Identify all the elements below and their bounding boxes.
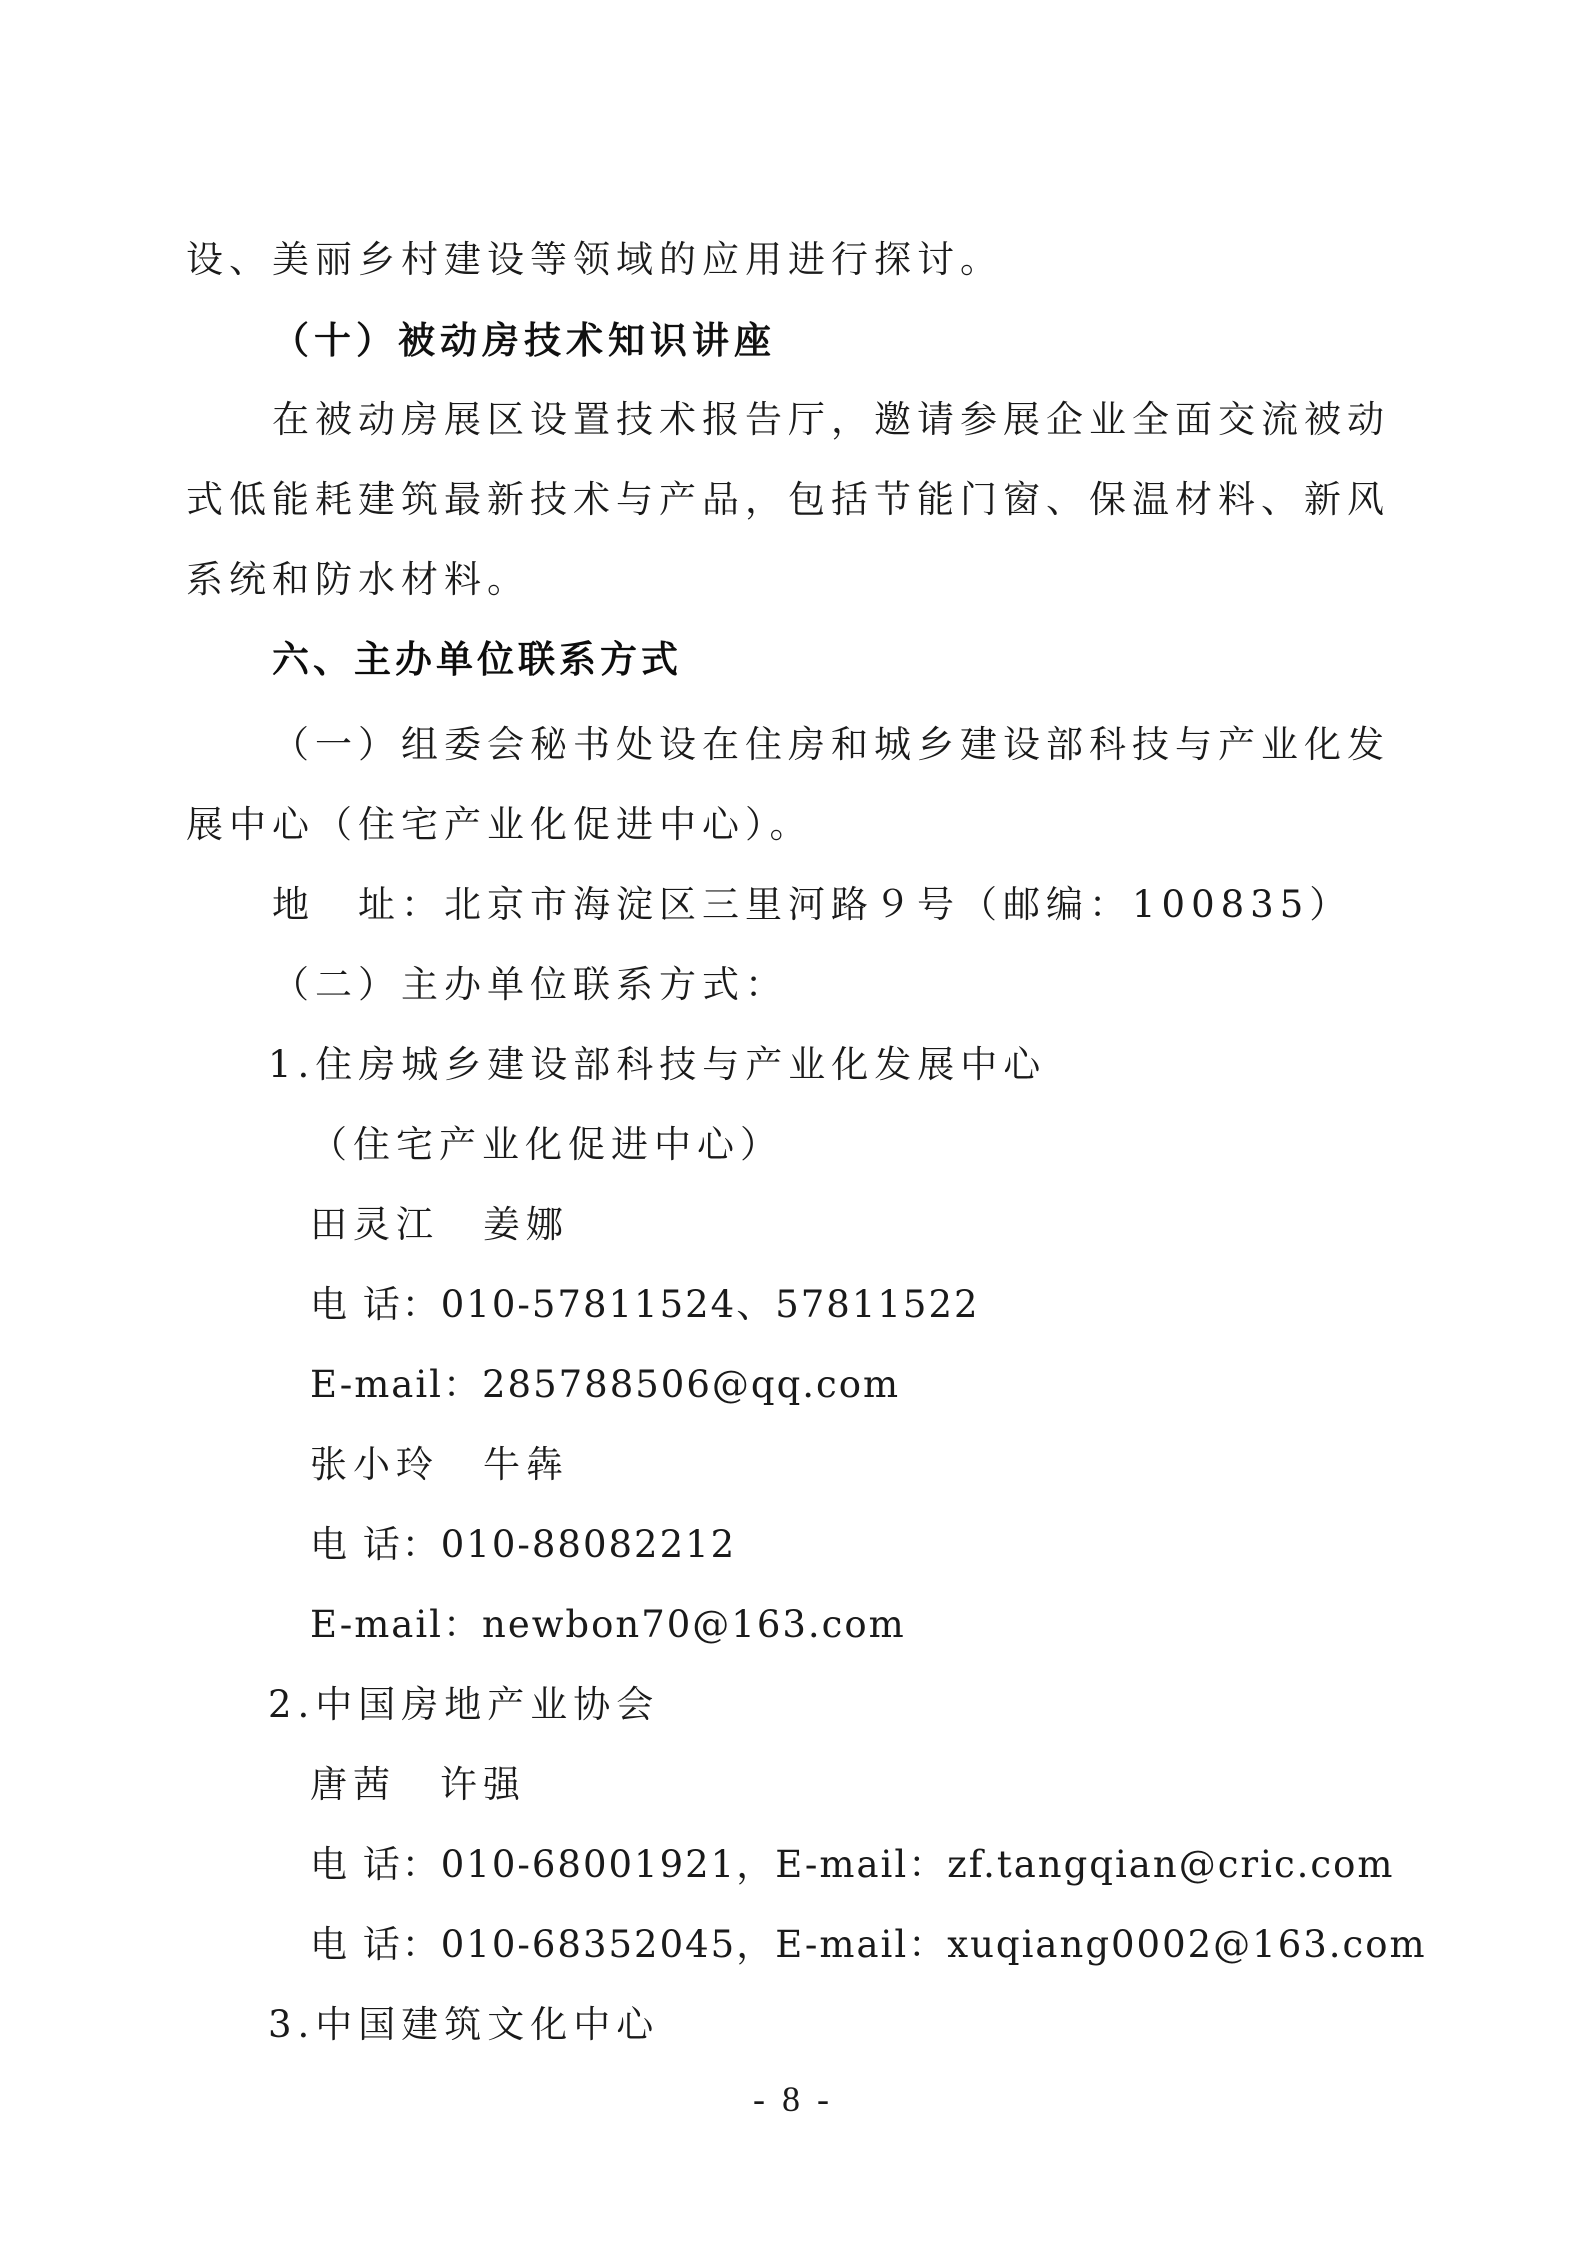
document-page: 设、美丽乡村建设等领域的应用进行探讨。 （十）被动房技术知识讲座 在被动房展区设… — [0, 0, 1586, 2242]
phone-value: 010-88082212 — [441, 1523, 736, 1566]
address-line: 地 址：北京市海淀区三里河路９号（邮编：100835） — [272, 877, 1352, 933]
email-value[interactable]: 285788506@qq.com — [482, 1363, 900, 1406]
organizers-contact-heading: （二）主办单位联系方式： — [272, 957, 788, 1013]
phone-value: 010-57811524、57811522 — [441, 1283, 980, 1326]
email-label: E-mail： — [310, 1363, 482, 1406]
secretariat-line-2: 展中心（住宅产业化促进中心）。 — [186, 797, 813, 853]
phone-label: 电 话： — [310, 1523, 441, 1566]
org-2-name: 2.中国房地产业协会 — [268, 1677, 659, 1733]
org-2-contact-line-2: 电 话：010-68352045，E-mail：xuqiang0002@163.… — [310, 1917, 1427, 1973]
org-1-contact-1-phone: 电 话：010-57811524、57811522 — [310, 1277, 980, 1333]
contact-name: 许强 — [440, 1763, 526, 1806]
address-value: 北京市海淀区三里河路９号（邮编：100835） — [444, 883, 1352, 926]
address-label: 地 址： — [272, 883, 444, 926]
org-1-name: 1.住房城乡建设部科技与产业化发展中心 — [268, 1037, 1046, 1093]
org-2-contact-names: 唐茜许强 — [310, 1757, 526, 1813]
section-6-heading: 六、主办单位联系方式 — [272, 632, 682, 688]
org-1-contact-2-names: 张小玲牛犇 — [310, 1437, 569, 1493]
section-10-paragraph-line-1: 在被动房展区设置技术报告厅，邀请参展企业全面交流被动 — [272, 392, 1390, 448]
section-10-paragraph-line-2: 式低能耗建筑最新技术与产品，包括节能门窗、保温材料、新风 — [186, 472, 1390, 528]
org-1-contact-1-names: 田灵江姜娜 — [310, 1197, 569, 1253]
page-number: - 8 - — [0, 2078, 1586, 2120]
org-2-contact-line-1: 电 话：010-68001921，E-mail：zf.tangqian@cric… — [310, 1837, 1395, 1893]
org-3-name: 3.中国建筑文化中心 — [268, 1997, 659, 2053]
section-10-heading: （十）被动房技术知识讲座 — [272, 312, 776, 368]
contact-name: 牛犇 — [483, 1443, 569, 1486]
org-1-subname: （住宅产业化促进中心） — [310, 1117, 783, 1173]
contact-name: 唐茜 — [310, 1763, 396, 1806]
secretariat-line-1: （一）组委会秘书处设在住房和城乡建设部科技与产业化发 — [272, 717, 1390, 773]
contact-name: 田灵江 — [310, 1203, 439, 1246]
org-1-contact-1-email: E-mail：285788506@qq.com — [310, 1357, 900, 1413]
email-label: E-mail： — [310, 1603, 482, 1646]
contact-name: 张小玲 — [310, 1443, 439, 1486]
contact-name: 姜娜 — [483, 1203, 569, 1246]
org-1-contact-2-email: E-mail：newbon70@163.com — [310, 1597, 906, 1653]
phone-label: 电 话： — [310, 1283, 441, 1326]
org-1-contact-2-phone: 电 话：010-88082212 — [310, 1517, 736, 1573]
email-value[interactable]: newbon70@163.com — [482, 1603, 906, 1646]
continuation-text: 设、美丽乡村建设等领域的应用进行探讨。 — [186, 232, 1003, 288]
section-10-paragraph-line-3: 系统和防水材料。 — [186, 552, 530, 608]
